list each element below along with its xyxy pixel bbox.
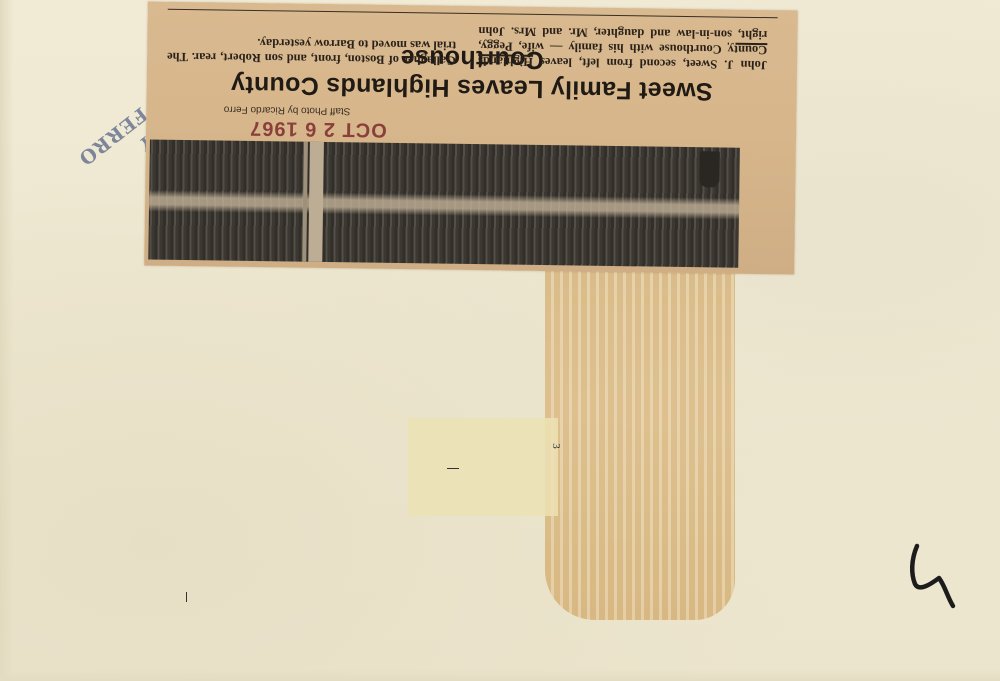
clipping-caption: John J. Sweet, second from left, leaves … bbox=[167, 19, 768, 72]
photo-column-shadow bbox=[302, 142, 308, 262]
ink-tick-mark bbox=[186, 592, 187, 602]
newspaper-clipping: OCT 2 6 1967 Staff Photo by Ricardo Ferr… bbox=[144, 1, 798, 274]
photo-column bbox=[308, 142, 324, 262]
clipping-rule bbox=[168, 9, 778, 19]
photo-figure bbox=[699, 151, 720, 187]
clipping-photo bbox=[148, 140, 740, 268]
paper-edge-bottom bbox=[0, 669, 1000, 681]
paper-edge-left bbox=[0, 0, 14, 681]
clipping-date-stamp: OCT 2 6 1967 bbox=[249, 116, 387, 141]
stain-ink-mark: 3 bbox=[550, 443, 562, 449]
handwritten-number-icon bbox=[905, 540, 965, 610]
tape-residue-stain bbox=[545, 268, 735, 620]
light-adhesive-stain bbox=[408, 418, 558, 516]
ink-dash-mark bbox=[447, 468, 459, 469]
photo-credit: Staff Photo by Ricardo Ferro bbox=[224, 104, 351, 117]
